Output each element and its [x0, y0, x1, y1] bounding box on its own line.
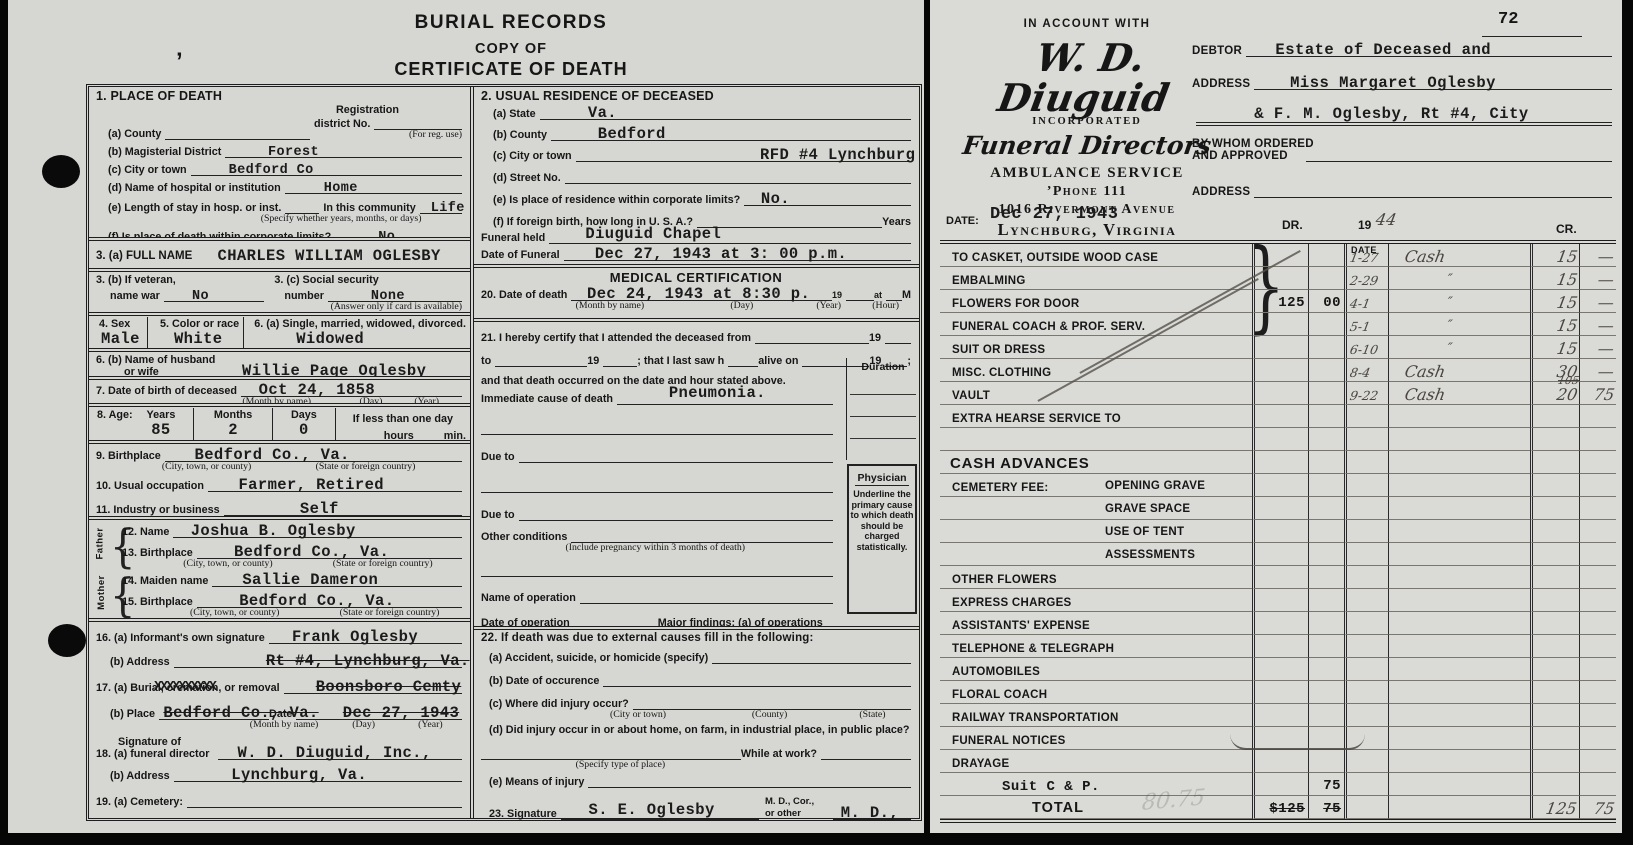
ledger-desc-cell [1388, 773, 1530, 796]
operation-label: Name of operation [481, 592, 576, 604]
ledger-item-cell: TELEPHONE & TELEGRAPH [940, 635, 1252, 658]
certificate-page: ’ BURIAL RECORDS COPY OF CERTIFICATE OF … [8, 0, 924, 833]
field-date-of-birth: 7. Date of birth of deceased Oct 24, 185… [96, 383, 462, 397]
ledger-dr-dollars-cell [1252, 405, 1308, 428]
md-cor-label-2: or other [765, 808, 829, 820]
field-mother-birthplace: 15. Birthplace Bedford Co., Va. [122, 594, 462, 608]
occupation-value: Farmer, Retired [238, 476, 384, 494]
ledger-date-cell [1344, 658, 1388, 681]
ledger-dr-dollars-cell [1252, 543, 1308, 566]
ledger-cr-dollars-cell [1530, 405, 1579, 428]
cr-dollars-value: 125 [1545, 799, 1581, 818]
firm-type: Funeral Directors [940, 131, 1234, 160]
ledger-cr-cents-cell [1579, 681, 1616, 704]
ledger-cr-cents-cell [1579, 773, 1616, 796]
ledger-item-label: FUNERAL NOTICES [940, 735, 1066, 749]
ledger-item-label: TOTAL [940, 800, 1084, 818]
informant-address-label: (b) Address [110, 656, 170, 668]
res-county-label: (b) County [493, 129, 547, 141]
spouse-value: Willie Page Oglesby [242, 362, 426, 380]
payment-desc-handwritten: ″ [1388, 272, 1454, 289]
duration-column: Duration [846, 358, 919, 460]
ledger-desc-cell [1388, 727, 1530, 750]
year-handwritten: 44 [1374, 210, 1398, 229]
ledger-cr-dollars-cell: 15 [1530, 267, 1579, 290]
father-caption-1: (City, town, or county) [183, 559, 272, 569]
ledger-dr-dollars-cell [1252, 566, 1308, 589]
dob-caption-day: (Day) [360, 397, 383, 407]
res-city-value: RFD #4 Lynchburg [760, 146, 915, 164]
certify-19b: 19 [587, 355, 599, 367]
ledger-date-cell [1344, 750, 1388, 773]
ledger-row: EMBALMING2-29″15— [940, 267, 1616, 290]
ledger-cr-dollars-cell [1530, 727, 1579, 750]
ledger-item-cell: CASH ADVANCES [940, 451, 1252, 474]
ledger-cr-cents-cell [1579, 474, 1616, 497]
dr-column-label: DR. [1282, 218, 1303, 232]
ledger-cr-cents-cell [1579, 543, 1616, 566]
ledger-dr-dollars-cell [1252, 451, 1308, 474]
res-county-value: Bedford [598, 125, 666, 143]
physician-label: Physician [855, 472, 908, 486]
cr-cents-value: 75 [1592, 385, 1618, 404]
injury-location-label: (c) Where did injury occur? [489, 698, 629, 710]
ledger-date-cell [1344, 612, 1388, 635]
ledger-date-cell: 8-4 [1344, 359, 1388, 382]
county-label: (a) County [108, 128, 161, 140]
ledger-date-cell [1344, 681, 1388, 704]
field-injury-place: (d) Did injury occur in or about home, o… [481, 724, 911, 736]
year-label: 19 [1358, 218, 1371, 232]
ledger-item-cell [940, 428, 1252, 451]
pageno-label: Page No. [415, 822, 461, 823]
ledger-item-cell: ASSISTANTS' EXPENSE [940, 612, 1252, 635]
birthplace-caption-row: (City, town, or county) (State or foreig… [96, 462, 462, 472]
ledger-date-cell [1344, 520, 1388, 543]
ledger-row: CEMETERY FEE:OPENING GRAVE [940, 474, 1616, 497]
certificate-header: BURIAL RECORDS COPY OF CERTIFICATE OF DE… [94, 12, 928, 80]
field-spouse: 6. (b) Name of husband or wife Willie Pa… [96, 354, 462, 378]
ledger-item-label: EMBALMING [940, 275, 1026, 289]
burial-caption-day: (Day) [352, 720, 375, 730]
ledger-row: DRAYAGE [940, 750, 1616, 773]
field-accident: (a) Accident, suicide, or homicide (spec… [481, 650, 911, 664]
ledger-desc-cell [1388, 681, 1530, 704]
funeral-held-value: Diuguid Chapel [585, 225, 721, 243]
field-debtor-address-2: & F. M. Oglesby, Rt #4, City [1192, 106, 1612, 126]
dod-caption-hour: (Hour) [872, 301, 899, 311]
mother-birthplace-label: 15. Birthplace [122, 596, 193, 608]
ledger-dr-cents-cell: 75 [1308, 796, 1344, 819]
ledger-dr-dollars-cell [1252, 497, 1308, 520]
cr-cents-value: 75 [1592, 799, 1618, 818]
section-medical-certification: MEDICAL CERTIFICATION 20. Date of death … [474, 268, 919, 322]
ledger-desc-cell: Cash [1388, 359, 1530, 382]
ambulance-service-label: AMBULANCE SERVICE [942, 165, 1232, 182]
ledger-desc-cell [1388, 612, 1530, 635]
ledger-cr-cents-cell: — [1579, 359, 1616, 382]
ledger-cr-cents-cell [1579, 520, 1616, 543]
phone-label: ’Phone 111 [942, 184, 1232, 200]
ledger-cr-dollars-cell [1530, 520, 1579, 543]
father-brace: { [110, 521, 122, 574]
ledger-date-cell [1344, 773, 1388, 796]
mother-side-label: Mother [96, 575, 107, 610]
field-industry: 11. Industry or business Self [96, 502, 462, 516]
ledger-cr-cents-cell [1579, 658, 1616, 681]
district-no-label: district No. [314, 118, 370, 130]
ledger-desc-cell [1388, 796, 1530, 819]
ledger-cr-dollars-cell [1530, 566, 1579, 589]
external-causes-heading: 22. If death was due to external causes … [481, 632, 911, 644]
dr-cents-value: 75 [1323, 801, 1344, 818]
ledger-dr-cents-cell [1308, 520, 1344, 543]
ledger-cr-cents-cell: — [1579, 244, 1616, 267]
ledger-row: GRAVE SPACE [940, 497, 1616, 520]
ledger-row: FLOWERS FOR DOOR125004-1″15— [940, 290, 1616, 313]
veteran-value: No [192, 289, 209, 304]
ledger-date-cell [1344, 497, 1388, 520]
ledger-dr-dollars-cell [1252, 382, 1308, 405]
ledger-row: TOTAL$1257512575 [940, 796, 1616, 819]
ledger-dr-cents-cell [1308, 658, 1344, 681]
ledger-item-label: TELEPHONE & TELEGRAPH [940, 643, 1114, 657]
ledger-dr-dollars-cell [1252, 681, 1308, 704]
spouse-label-2: or wife [124, 366, 208, 378]
ledger-row [940, 428, 1616, 451]
physician-note: Underline the primary cause to which dea… [850, 489, 914, 552]
ledger-cr-cents-cell: — [1579, 267, 1616, 290]
title-burial-records: BURIAL RECORDS [94, 12, 928, 34]
punch-hole-top [42, 155, 80, 188]
payment-desc-handwritten: Cash [1387, 247, 1447, 266]
res-corporate-label: (e) Is place of residence within corpora… [493, 194, 740, 206]
payment-date-handwritten: 8-4 [1346, 365, 1372, 381]
director-label-2: 18. (a) funeral director [96, 748, 214, 760]
field-res-corporate: (e) Is place of residence within corpora… [481, 192, 911, 206]
ledger-dr-cents-cell [1308, 382, 1344, 405]
age-months-label: Months [198, 409, 268, 421]
field-name-of-operation: Name of operation [481, 590, 833, 604]
debtor-block: DEBTOR Estate of Deceased and ADDRESS Mi… [1192, 40, 1612, 198]
field-res-street: (d) Street No. [481, 170, 911, 184]
stay-label: (e) Length of stay in hosp. or inst. [108, 202, 281, 214]
ledger-date-cell: DATE1-27 [1344, 244, 1388, 267]
ledger-item-label: VAULT [940, 390, 990, 404]
father-side-label: Father [95, 527, 106, 559]
field-res-city: (c) City or town RFD #4 Lynchburg [481, 148, 911, 162]
race-label: 5. Color or race [160, 318, 239, 330]
certify-aliveon: alive on [758, 355, 798, 367]
section-spouse: 6. (b) Name of husband or wife Willie Pa… [89, 352, 470, 380]
ledger-item-cell: FUNERAL NOTICES [940, 727, 1252, 750]
burial-type-value: Boonsboro Cemty [316, 678, 462, 696]
cr-cents-value: — [1596, 339, 1617, 358]
ledger-item-label: EXTRA HEARSE SERVICE TO [940, 413, 1121, 427]
signature-label: 23. Signature [489, 808, 557, 820]
ledger-item-label: TO CASKET, OUTSIDE WOOD CASE [940, 252, 1158, 266]
ledger-cr-dollars-cell [1530, 497, 1579, 520]
registration-label: Registration [336, 104, 462, 116]
cr-dollars-value: 15 [1555, 339, 1581, 358]
name-war-label: name war [110, 290, 160, 302]
field-length-of-stay: (e) Length of stay in hosp. or inst. In … [96, 200, 462, 214]
ledger-row: Suit C & P.75 [940, 773, 1616, 796]
physician-note-box: Physician Underline the primary cause to… [847, 464, 917, 614]
ledger-row: VAULT9-22Cash1052075 [940, 382, 1616, 405]
dod-caption-month: (Month by name) [576, 301, 645, 311]
debtor-address-label: ADDRESS [1192, 78, 1250, 90]
ledger-item-cell: OTHER FLOWERS [940, 566, 1252, 589]
ledger-item-label: EXPRESS CHARGES [940, 597, 1072, 611]
age-label: 8. Age: [97, 409, 133, 439]
corporate-label: (f) Is place of death within corporate l… [108, 231, 331, 241]
field-city-or-town: (c) City or town Bedford Co [96, 162, 462, 176]
ledger-dr-dollars-cell [1252, 589, 1308, 612]
age-months-value: 2 [198, 421, 268, 439]
field-county: (a) County Registration district No. (Fo… [96, 104, 462, 140]
ledger-cr-cents-cell: — [1579, 290, 1616, 313]
ledger-date-cell: 4-1 [1344, 290, 1388, 313]
ledger-row: CASH ADVANCES [940, 451, 1616, 474]
ledger-cr-dollars-cell [1530, 428, 1579, 451]
ledger-cr-dollars-cell [1530, 474, 1579, 497]
ledger-row: EXPRESS CHARGES [940, 589, 1616, 612]
stay-caption-row: (Specify whether years, months, or days) [96, 214, 462, 224]
field-orderer-address: ADDRESS [1192, 184, 1612, 198]
payment-desc-handwritten: ″ [1388, 341, 1454, 358]
payment-date-handwritten: 2-29 [1346, 273, 1380, 289]
father-block: Father { 12. Name Joshua B. Oglesby 13. … [96, 524, 462, 570]
age-years-label: Years [133, 409, 190, 421]
ledger-item-label: RAILWAY TRANSPORTATION [940, 712, 1119, 726]
marital-label: 6. (a) Single, married, widowed, divorce… [254, 318, 466, 330]
ledger-dr-cents-cell [1308, 313, 1344, 336]
ledger-cr-cents-cell [1579, 635, 1616, 658]
res-city-label: (c) City or town [493, 150, 572, 162]
ledger-item-cell: EXPRESS CHARGES [940, 589, 1252, 612]
dr-cents-value: 00 [1323, 295, 1344, 312]
debtor-value: Estate of Deceased and [1275, 41, 1491, 59]
ledger-row: RAILWAY TRANSPORTATION [940, 704, 1616, 727]
payment-date-handwritten: 4-1 [1346, 296, 1372, 312]
section-informant-burial: 16. (a) Informant's own signature Frank … [89, 622, 470, 823]
field-burial-type: 17. (a) Burial, cremation, or removal XX… [96, 680, 462, 694]
ledger-cr-cents-cell [1579, 704, 1616, 727]
ledger-desc-cell [1388, 520, 1530, 543]
ledger-cr-dollars-cell: 15 [1530, 313, 1579, 336]
immediate-cause-label: Immediate cause of death [481, 393, 613, 405]
city-value: Bedford Co [229, 163, 314, 178]
section-external-causes: 22. If death was due to external causes … [474, 630, 919, 823]
ledger-desc-cell [1388, 566, 1530, 589]
date-value: Dec 27, 1943 [990, 205, 1118, 224]
cr-cents-value: — [1596, 247, 1617, 266]
birthplace-caption-1: (City, town, or county) [162, 462, 251, 472]
ledger-dr-cents-cell [1308, 244, 1344, 267]
father-name-value: Joshua B. Oglesby [191, 522, 356, 540]
ledger-item-label: SUIT OR DRESS [940, 344, 1045, 358]
informant-label: 16. (a) Informant's own signature [96, 632, 265, 644]
age-days-value: 0 [277, 421, 331, 439]
field-magisterial-district: (b) Magisterial District Forest [96, 144, 462, 158]
ledger-date-cell: 5-1 [1344, 313, 1388, 336]
mother-block: Mother { 14. Maiden name Sallie Dameron … [96, 573, 462, 619]
ledger-cr-dollars-cell: 15 [1530, 244, 1579, 267]
race-value: White [174, 330, 239, 348]
ledger-dr-cents-cell [1308, 474, 1344, 497]
ledger-row: EXTRA HEARSE SERVICE TO [940, 405, 1616, 428]
field-due-to-2: Due to [481, 507, 833, 521]
certify-lastsaw: ; that I last saw h [637, 355, 724, 367]
ledger-row: SUIT OR DRESS6-10″15— [940, 336, 1616, 359]
stay-line [285, 200, 319, 214]
ledger-cr-dollars-cell [1530, 750, 1579, 773]
ledger-dr-cents-cell [1308, 750, 1344, 773]
medical-certification-heading: MEDICAL CERTIFICATION [481, 270, 911, 285]
sex-value: Male [101, 330, 143, 348]
ledger-cr-cents-cell: 75 [1579, 382, 1616, 405]
ledger-desc-cell: Cash [1388, 244, 1530, 267]
ledger-dr-dollars-cell [1252, 520, 1308, 543]
res-corporate-value: No. [761, 190, 790, 208]
ledger-item-sublabel: USE OF TENT [1105, 526, 1184, 540]
mother-caption-2: (State or foreign country) [340, 608, 440, 618]
father-caption-2: (State or foreign country) [333, 559, 433, 569]
city-label: (c) City or town [108, 164, 187, 176]
ledger-item-cell: VAULT [940, 382, 1252, 405]
scanned-burial-record: { "cert": { "title1": "BURIAL RECORDS", … [0, 0, 1633, 845]
operation-date-label: Date of operation [481, 617, 570, 629]
mother-name-label: 14. Maiden name [122, 575, 208, 587]
field-physician-signature: 23. Signature S. E. Oglesby M. D., Cor.,… [481, 796, 911, 820]
ledger-date-cell [1344, 451, 1388, 474]
findings-label: Major findings: (a) of operations [658, 617, 823, 629]
dod-caption-day: (Day) [730, 301, 753, 311]
for-reg-use-caption: (For reg. use) [314, 130, 462, 140]
informant-value: Frank Oglesby [292, 628, 418, 646]
signature-value: S. E. Oglesby [589, 801, 715, 819]
dob-caption-year: (Year) [414, 397, 439, 407]
ledger-dr-cents-cell [1308, 612, 1344, 635]
field-occupation: 10. Usual occupation Farmer, Retired [96, 478, 462, 492]
ledger-item-label: CASH ADVANCES [940, 455, 1090, 473]
field-hospital: (d) Name of hospital or institution Home [96, 180, 462, 194]
ledger-cr-dollars-cell [1530, 589, 1579, 612]
payment-date-handwritten: 9-22 [1346, 388, 1380, 404]
ledger-dr-cents-cell: 00 [1308, 290, 1344, 313]
payment-desc-handwritten: ″ [1388, 295, 1454, 312]
ledger-item-cell: RAILWAY TRANSPORTATION [940, 704, 1252, 727]
certificate-form: 1. PLACE OF DEATH (a) County Registratio… [86, 84, 922, 821]
ledger-desc-cell: ″ [1388, 290, 1530, 313]
cr-dollars-value: 20 [1555, 385, 1581, 404]
orderer-address-label: ADDRESS [1192, 186, 1250, 198]
section-sex-race-marital: 4. Sex Male 5. Color or race White 6. (a… [89, 316, 470, 352]
ledger-row: TELEPHONE & TELEGRAPH [940, 635, 1616, 658]
father-birthplace-label: 13. Birthplace [122, 547, 193, 559]
ledger-cr-cents-cell: 75 [1579, 796, 1616, 819]
ledger-item-label: CEMETERY FEE: [940, 482, 1049, 496]
residence-heading: 2. USUAL RESIDENCE OF DECEASED [481, 89, 911, 103]
full-name-label: 3. (a) FULL NAME [96, 250, 192, 262]
years-label: Years [882, 216, 911, 228]
ledger-cr-cents-cell [1579, 428, 1616, 451]
cemetery-label: 19. (a) Cemetery: [96, 796, 183, 808]
immediate-cause-value: Pneumonia. [669, 384, 766, 402]
ledger-dr-dollars-cell [1252, 313, 1308, 336]
ledger-cr-dollars-cell: 10520 [1530, 382, 1579, 405]
cr-column-label: CR. [1556, 222, 1577, 236]
ledger-item-sublabel: GRAVE SPACE [1105, 503, 1190, 517]
field-injury-location: (c) Where did injury occur? [481, 696, 911, 710]
ledger-date-cell [1344, 589, 1388, 612]
ledger-item-label: OTHER FLOWERS [940, 574, 1057, 588]
date-label: DATE: [946, 215, 979, 227]
dob-caption-row: (Month by name) (Day) (Year) [96, 397, 462, 407]
dr-cents-value: 75 [1323, 778, 1344, 795]
ssn-value: None [371, 289, 405, 304]
certify-to: to [481, 355, 491, 367]
ledger-date-cell [1344, 704, 1388, 727]
field-other-conditions: Other conditions [481, 529, 833, 543]
ledger-item-cell: SUIT OR DRESS [940, 336, 1252, 359]
title-certificate-of-death: CERTIFICATE OF DEATH [94, 59, 928, 80]
ledger-dr-dollars-cell [1252, 474, 1308, 497]
debtor-address-value-1: Miss Margaret Oglesby [1290, 74, 1496, 92]
ledger-cr-cents-cell [1579, 612, 1616, 635]
ledger-desc-cell [1388, 497, 1530, 520]
ledger-date-cell [1344, 635, 1388, 658]
field-res-county: (b) County Bedford [481, 127, 911, 141]
field-corporate-limits: (f) Is place of death within corporate l… [96, 229, 462, 241]
ledger-row: USE OF TENT [940, 520, 1616, 543]
other-conditions-caption: (Include pregnancy within 3 months of de… [565, 543, 745, 553]
ledger-row: FLORAL COACH [940, 681, 1616, 704]
grave-label: Grave No. [308, 822, 359, 823]
section-date-of-birth: 7. Date of birth of deceased Oct 24, 185… [89, 380, 470, 407]
field-director-address: (b) Address Lynchburg, Va. [96, 768, 462, 782]
ledger-cr-cents-cell [1579, 589, 1616, 612]
marital-value: Widowed [296, 330, 466, 348]
magisterial-value: Forest [268, 145, 319, 160]
field-ordered-by: BY WHOM ORDERED AND APPROVED [1192, 138, 1612, 162]
field-immediate-cause: Immediate cause of death Pneumonia. [481, 391, 833, 405]
ledger-dr-dollars-cell [1252, 359, 1308, 382]
field-date-of-death: 20. Date of death Dec 24, 1943 at 8:30 p… [481, 287, 911, 301]
ledger-cr-dollars-cell [1530, 612, 1579, 635]
ledger-desc-cell [1388, 451, 1530, 474]
ledger-dr-cents-cell [1308, 451, 1344, 474]
ledger-cr-dollars-cell [1530, 681, 1579, 704]
res-state-label: (a) State [493, 108, 536, 120]
field-debtor: DEBTOR Estate of Deceased and [1192, 40, 1612, 57]
age-days-label: Days [277, 409, 331, 421]
ledger-item-label: ASSISTANTS' EXPENSE [940, 620, 1090, 634]
field-due-to-1: Due to [481, 449, 833, 463]
hospital-label: (d) Name of hospital or institution [108, 182, 281, 194]
ledger-dr-dollars-cell [1252, 336, 1308, 359]
ledger-desc-cell: ″ [1388, 267, 1530, 290]
number-label: number [284, 290, 324, 302]
ledger-dr-dollars-cell [1252, 658, 1308, 681]
county-line [165, 126, 310, 140]
field-funeral-held: Funeral held Diuguid Chapel [481, 230, 911, 244]
certify-text-1: 21. I hereby certify that I attended the… [481, 332, 751, 344]
director-address-label: (b) Address [110, 770, 170, 782]
payment-date-handwritten: 1-27 [1346, 250, 1380, 266]
ledger-dr-cents-cell [1308, 704, 1344, 727]
